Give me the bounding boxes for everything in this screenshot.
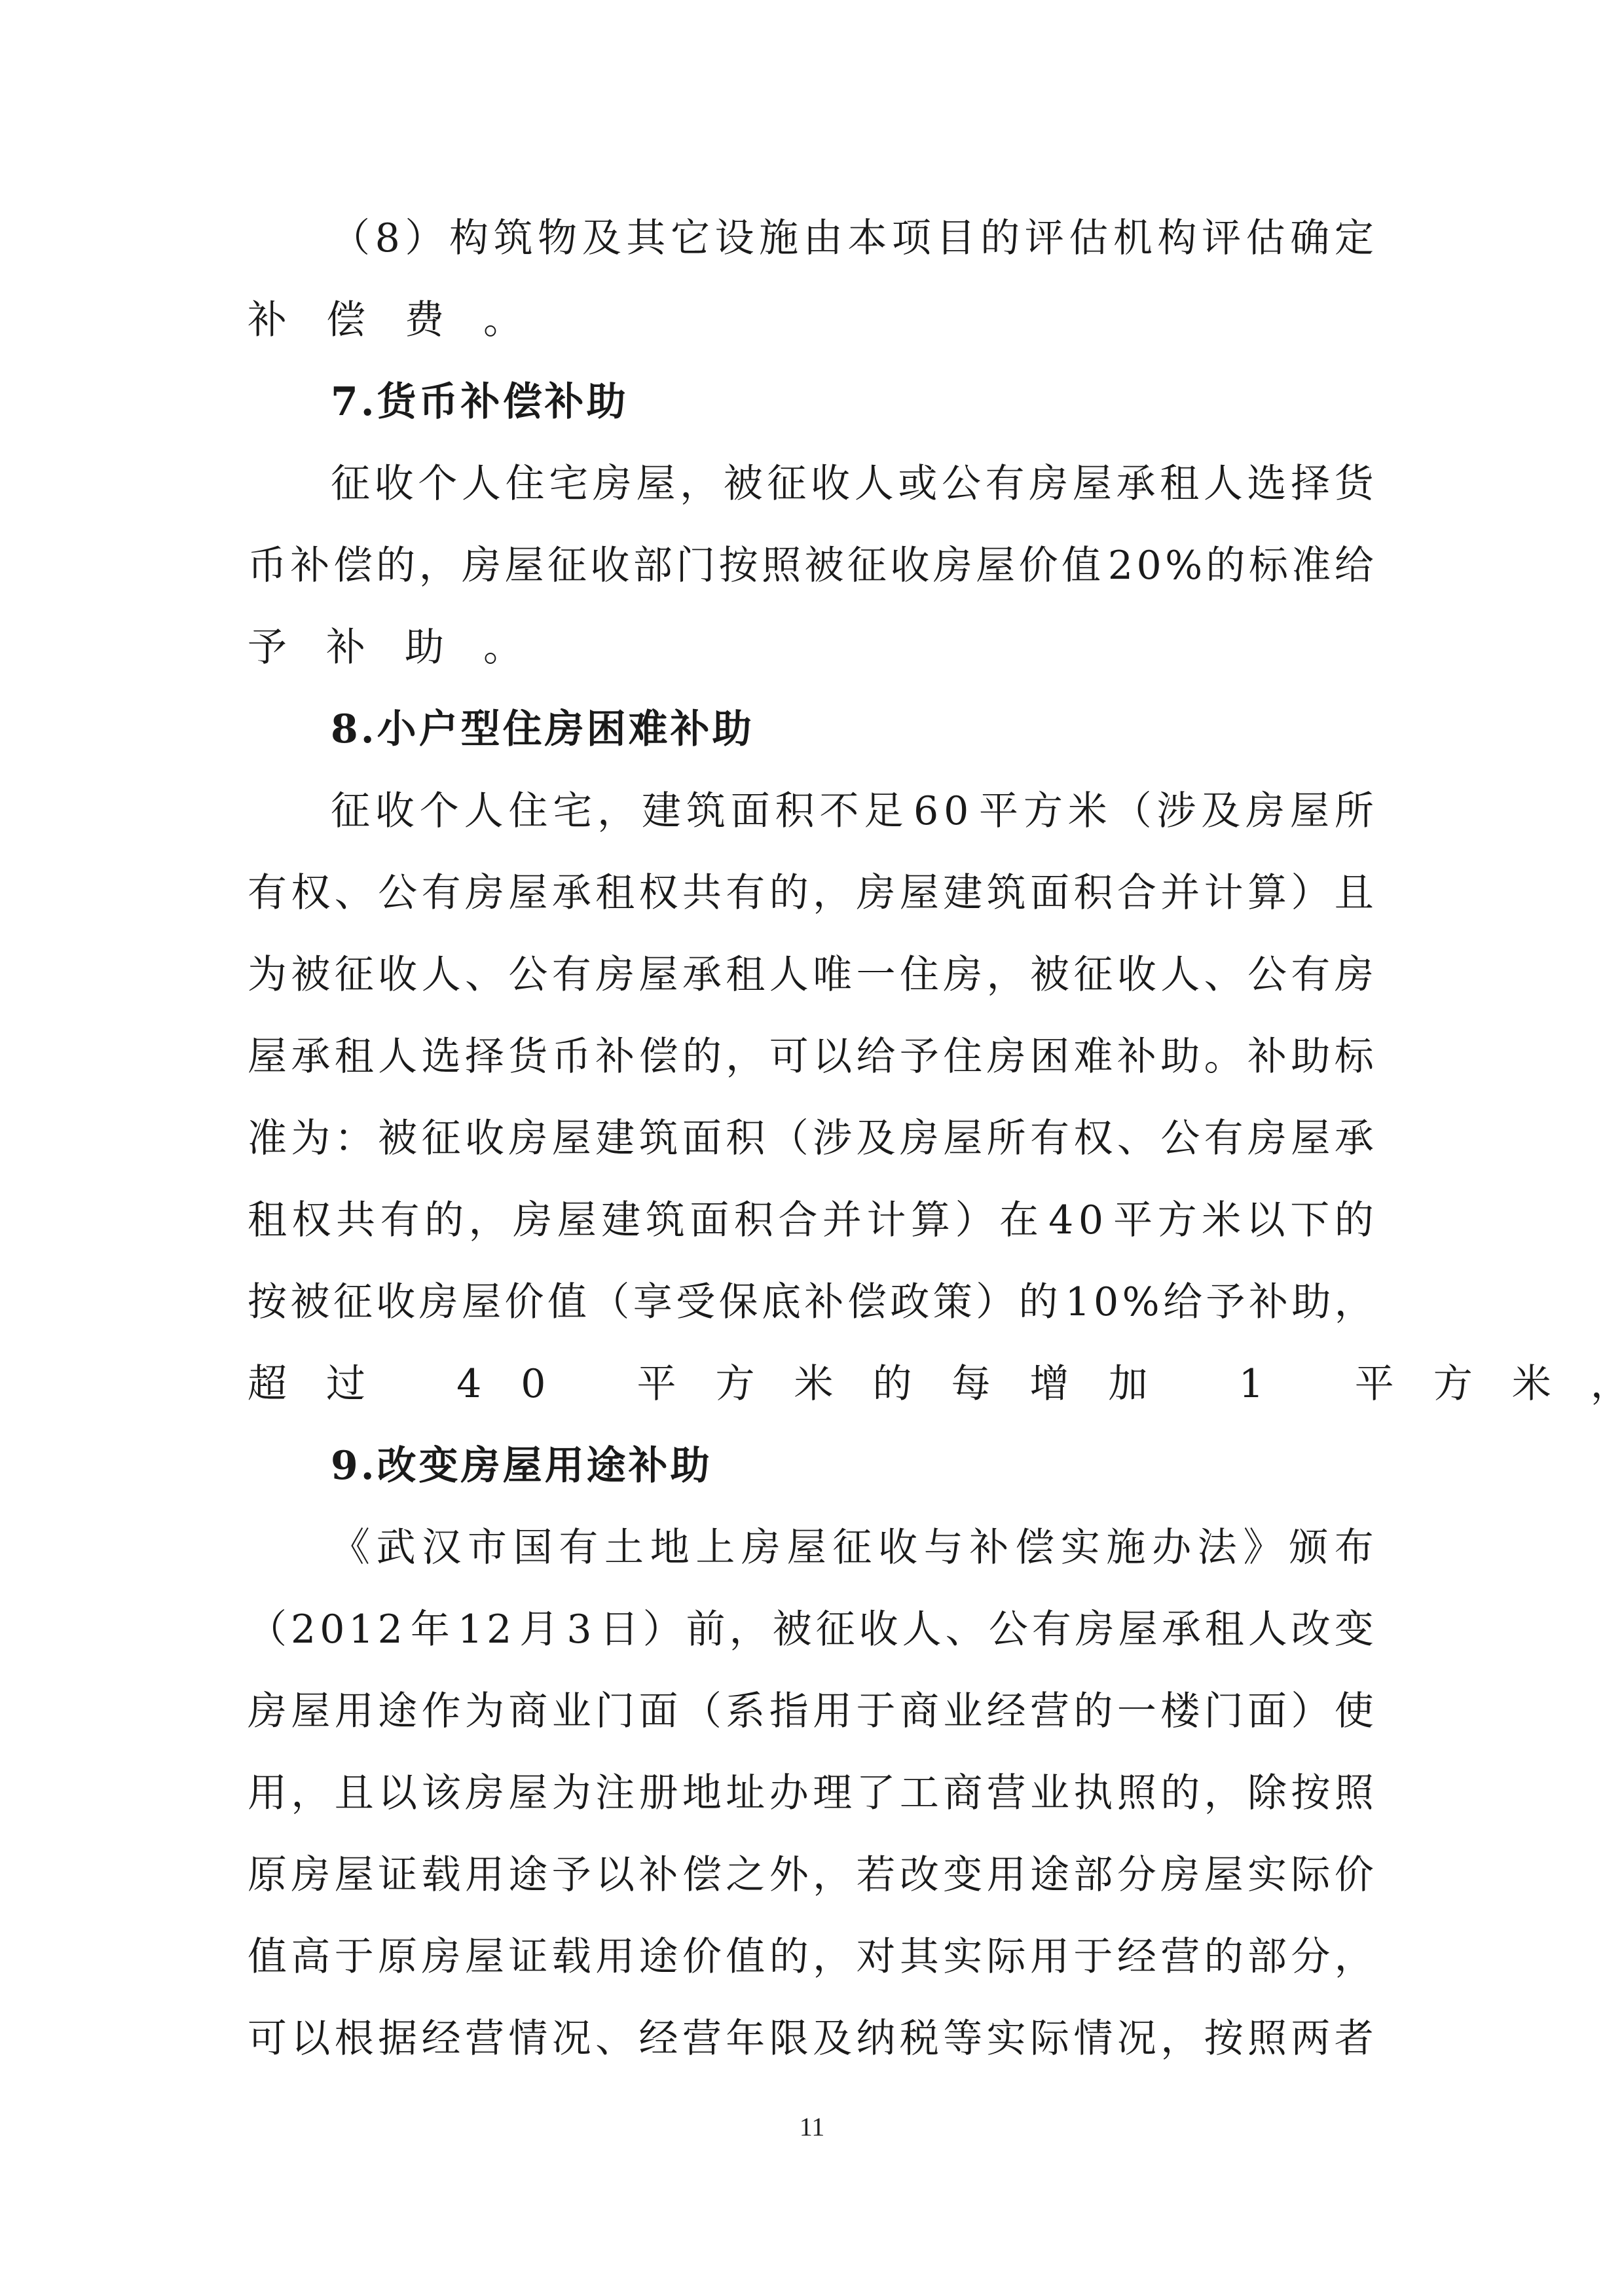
glyph: 用 <box>335 1671 374 1753</box>
glyph: 途 <box>378 1671 417 1753</box>
glyph: ） <box>405 198 444 280</box>
glyph: 公 <box>989 1589 1028 1671</box>
paragraph-line: 超过 40 平方米的每增加 1 平方米，补助标准降低 0.5%。 <box>248 1343 1374 1425</box>
glyph: 收 <box>375 771 415 852</box>
glyph: 建 <box>595 1098 635 1180</box>
glyph: 估 <box>1069 198 1108 280</box>
glyph: 币 <box>552 1016 591 1098</box>
document-page: （8）构筑物及其它设施由本项目的评估机构评估确定 补偿费。 7.货币补偿补助 征… <box>0 0 1624 2296</box>
glyph: 的 <box>1073 1671 1113 1753</box>
glyph: 算 <box>1247 852 1287 934</box>
glyph: 住 <box>508 771 547 852</box>
glyph: 策 <box>933 1262 972 1343</box>
glyph: 人 <box>1248 1589 1287 1671</box>
glyph: 补 <box>969 1507 1008 1589</box>
glyph: ， <box>726 1016 765 1098</box>
glyph: 证 <box>508 1916 547 1998</box>
glyph: 营 <box>1160 1916 1200 1998</box>
glyph: 征 <box>847 525 887 607</box>
glyph: 构 <box>1157 198 1196 280</box>
glyph: 6 <box>913 771 938 852</box>
glyph: 面 <box>639 1671 678 1753</box>
glyph: 实 <box>1061 1507 1100 1589</box>
glyph: 房 <box>1247 1098 1287 1180</box>
glyph: ） <box>1291 852 1330 934</box>
glyph: 被 <box>773 1589 812 1671</box>
glyph: 不 <box>819 771 858 852</box>
glyph: 租 <box>335 1016 374 1098</box>
glyph: 人 <box>769 934 809 1016</box>
glyph: 价 <box>682 1916 722 1998</box>
glyph: 筑 <box>987 852 1026 934</box>
glyph: 补 <box>804 1262 843 1343</box>
glyph: 房 <box>900 1098 939 1180</box>
glyph: 宅 <box>553 771 592 852</box>
glyph: 于 <box>335 1916 374 1998</box>
glyph: 屋 <box>508 1753 547 1834</box>
glyph: 载 <box>422 1834 461 1916</box>
glyph: 的 <box>424 1180 464 1262</box>
glyph: 补 <box>1117 1016 1156 1098</box>
glyph: 人 <box>378 1016 417 1098</box>
glyph: 计 <box>1204 852 1244 934</box>
glyph: 面 <box>682 1098 722 1180</box>
glyph: 定 <box>1335 198 1374 280</box>
glyph: 米 <box>1202 1180 1241 1262</box>
glyph: 2 <box>291 1589 316 1671</box>
glyph: 人 <box>462 443 501 525</box>
glyph: 屋 <box>787 1507 826 1589</box>
glyph: 变 <box>1335 1589 1374 1671</box>
glyph: 的 <box>980 198 1020 280</box>
glyph: 屋 <box>335 1834 374 1916</box>
glyph: 给 <box>856 1016 895 1098</box>
glyph: 公 <box>1247 934 1287 1016</box>
glyph: 3 <box>566 1589 591 1671</box>
glyph: 有 <box>380 1180 420 1262</box>
glyph: 予 <box>552 1834 591 1916</box>
glyph: 的 <box>1160 1753 1200 1834</box>
glyph: 住 <box>900 934 939 1016</box>
glyph: 以 <box>291 1998 330 2080</box>
glyph: 面 <box>690 1180 729 1262</box>
glyph: 地 <box>682 1753 722 1834</box>
glyph: 使 <box>1335 1671 1374 1753</box>
glyph: ， <box>987 934 1026 1016</box>
glyph: 其 <box>626 198 665 280</box>
glyph: 确 <box>1290 198 1329 280</box>
section-heading-9: 9.改变房屋用途补助 <box>331 1425 1374 1507</box>
glyph: 的 <box>769 852 809 934</box>
glyph: 筑 <box>494 198 533 280</box>
glyph: 或 <box>898 443 937 525</box>
glyph: 实 <box>943 1916 982 1998</box>
glyph: 年 <box>726 1998 765 2080</box>
glyph: ） <box>643 1589 682 1671</box>
glyph: 筑 <box>646 1180 685 1262</box>
glyph: 按 <box>1291 1753 1330 1834</box>
glyph: ， <box>1204 1753 1244 1834</box>
glyph: 税 <box>900 1998 939 2080</box>
glyph: 业 <box>1030 1753 1069 1834</box>
glyph: 被 <box>291 934 330 1016</box>
glyph: 下 <box>1290 1180 1329 1262</box>
glyph: 且 <box>335 1753 374 1834</box>
glyph: 择 <box>1291 443 1330 525</box>
glyph: 算 <box>911 1180 950 1262</box>
glyph: 该 <box>422 1753 461 1834</box>
glyph: 办 <box>769 1753 809 1834</box>
glyph: 门 <box>1204 1671 1244 1753</box>
glyph: 补 <box>1249 1262 1288 1343</box>
glyph: 人 <box>464 771 504 852</box>
glyph: 涉 <box>1156 771 1196 852</box>
glyph: 的 <box>769 1916 809 1998</box>
glyph: 建 <box>642 771 681 852</box>
glyph: 房 <box>422 1916 461 1998</box>
glyph: 并 <box>1160 852 1200 934</box>
glyph: 其 <box>900 1916 939 1998</box>
glyph: 计 <box>866 1180 906 1262</box>
glyph: 建 <box>601 1180 640 1262</box>
glyph: 屋 <box>248 1016 287 1098</box>
paragraph-line: 房屋用途作为商业门面（系指用于商业经营的一楼门面）使 <box>248 1671 1374 1753</box>
glyph: 权 <box>639 852 678 934</box>
glyph: 值 <box>547 1262 587 1343</box>
glyph: ） <box>1291 1671 1330 1753</box>
glyph: 于 <box>1073 1916 1113 1998</box>
glyph: 实 <box>1247 1834 1287 1916</box>
glyph: 用 <box>1030 1916 1069 1998</box>
glyph: 之 <box>726 1834 765 1916</box>
glyph: 予 <box>900 1016 939 1098</box>
glyph: ， <box>813 1834 852 1916</box>
glyph: 国 <box>513 1507 553 1589</box>
glyph: 面 <box>1247 1671 1287 1753</box>
glyph: % <box>1122 1262 1160 1343</box>
glyph: 值 <box>1061 525 1101 607</box>
glyph: 共 <box>336 1180 375 1262</box>
glyph: 有 <box>1291 934 1330 1016</box>
glyph: 了 <box>856 1753 895 1834</box>
glyph: 所 <box>1335 771 1374 852</box>
glyph: 征 <box>333 1262 373 1343</box>
glyph: 0 <box>320 1589 344 1671</box>
glyph: 公 <box>942 443 981 525</box>
glyph: 房 <box>462 525 501 607</box>
glyph: 业 <box>552 1671 591 1753</box>
glyph: 部 <box>1073 1834 1113 1916</box>
glyph: 足 <box>864 771 903 852</box>
glyph: 情 <box>1073 1998 1113 2080</box>
glyph: 屋 <box>462 1262 501 1343</box>
glyph: 变 <box>943 1834 982 1916</box>
glyph: 房 <box>933 525 972 607</box>
glyph: 租 <box>248 1180 287 1262</box>
glyph: 屋 <box>1204 1834 1244 1916</box>
glyph: （ <box>590 1262 629 1343</box>
glyph: 房 <box>419 1262 458 1343</box>
glyph: 、 <box>335 852 374 934</box>
glyph: 房 <box>1246 771 1285 852</box>
section-heading-7: 7.货币补偿补助 <box>331 361 1374 443</box>
glyph: 共 <box>682 852 722 934</box>
glyph: 屋 <box>1291 1098 1330 1180</box>
glyph: 营 <box>682 1998 722 2080</box>
glyph: ） <box>976 1262 1015 1343</box>
glyph: 商 <box>508 1671 547 1753</box>
glyph: 施 <box>759 198 798 280</box>
paragraph-line: 征收个人住宅，建筑面积不足 60 平方米（涉及房屋所 <box>331 771 1374 852</box>
glyph: 汉 <box>422 1507 461 1589</box>
glyph: 以 <box>813 1016 852 1098</box>
glyph: 价 <box>1019 525 1058 607</box>
glyph: 作 <box>422 1671 461 1753</box>
glyph: 屋 <box>900 852 939 934</box>
glyph: 准 <box>248 1098 287 1180</box>
glyph: 的 <box>376 525 415 607</box>
glyph: 实 <box>987 1998 1026 2080</box>
glyph: 屋 <box>552 1098 591 1180</box>
glyph: 所 <box>987 1098 1026 1180</box>
glyph: 享 <box>633 1262 673 1343</box>
glyph: 权 <box>292 1180 331 1262</box>
glyph: 0 <box>1094 1262 1118 1343</box>
glyph: 照 <box>1247 1998 1287 2080</box>
glyph: 工 <box>900 1753 939 1834</box>
glyph: 房 <box>741 1507 781 1589</box>
glyph: 1 <box>1065 1262 1090 1343</box>
glyph: 筑 <box>639 1098 678 1180</box>
glyph: 机 <box>1113 198 1153 280</box>
paragraph-line-item-8: （8）构筑物及其它设施由本项目的评估机构评估确定 <box>331 198 1374 280</box>
glyph: 以 <box>378 1753 417 1834</box>
glyph: 本 <box>847 198 887 280</box>
glyph: ， <box>1160 1998 1200 2080</box>
glyph: 据 <box>378 1998 417 2080</box>
glyph: 承 <box>291 1016 330 1098</box>
glyph: 有 <box>1032 1589 1071 1671</box>
glyph: 偿 <box>1015 1507 1054 1589</box>
glyph: 载 <box>552 1916 591 1998</box>
glyph: 被 <box>290 1262 329 1343</box>
glyph: 一 <box>1117 1671 1156 1753</box>
glyph: 系 <box>726 1671 765 1753</box>
glyph: 公 <box>508 934 547 1016</box>
glyph: 0 <box>944 771 969 852</box>
glyph: 补 <box>290 525 329 607</box>
glyph: 有 <box>422 852 461 934</box>
glyph: 屋 <box>291 1671 330 1753</box>
glyph: 武 <box>377 1507 416 1589</box>
glyph: 征 <box>832 1507 872 1589</box>
glyph: 外 <box>769 1834 809 1916</box>
glyph: 被 <box>378 1098 417 1180</box>
glyph: 房 <box>943 934 982 1016</box>
glyph: 经 <box>987 1671 1026 1753</box>
glyph: 营 <box>987 1753 1026 1834</box>
glyph: 册 <box>639 1753 678 1834</box>
glyph: 门 <box>595 1671 635 1753</box>
glyph: 征 <box>331 443 370 525</box>
glyph: ， <box>729 1589 769 1671</box>
glyph: 收 <box>1117 934 1156 1016</box>
glyph: 2 <box>1108 525 1133 607</box>
paragraph-line: （2012 年 12 月 3 日）前，被征收人、公有房屋承租人改变 <box>248 1589 1374 1671</box>
glyph: 个 <box>420 771 459 852</box>
glyph: 选 <box>1247 443 1286 525</box>
glyph: 办 <box>1152 1507 1191 1589</box>
glyph: 给 <box>1163 1262 1202 1343</box>
glyph: 构 <box>449 198 489 280</box>
glyph: 征 <box>422 1098 461 1180</box>
glyph: 屋 <box>505 525 544 607</box>
glyph: 及 <box>582 198 621 280</box>
glyph: 为 <box>291 1098 330 1180</box>
glyph: 公 <box>1160 1098 1200 1180</box>
glyph: 目 <box>936 198 976 280</box>
glyph: 者 <box>1335 1998 1374 2080</box>
glyph: 除 <box>1247 1753 1287 1834</box>
glyph: 收 <box>811 443 850 525</box>
glyph: 平 <box>1113 1180 1153 1262</box>
glyph: 部 <box>1247 1916 1287 1998</box>
paragraph-line: 租权共有的，房屋建筑面积合并计算）在 40 平方米以下的 <box>248 1180 1374 1262</box>
glyph: 保 <box>719 1262 758 1343</box>
glyph: ， <box>1335 1262 1374 1343</box>
glyph: 营 <box>465 1998 504 2080</box>
glyph: 承 <box>1116 443 1156 525</box>
glyph: 及 <box>856 1098 895 1180</box>
glyph: 房 <box>1075 1589 1115 1671</box>
glyph: 它 <box>671 198 710 280</box>
glyph: 屋 <box>1290 771 1329 852</box>
glyph: 住 <box>506 443 545 525</box>
glyph: 及 <box>813 1998 852 2080</box>
glyph: 评 <box>1202 198 1241 280</box>
glyph: ， <box>813 852 852 934</box>
glyph: 屋 <box>508 852 547 934</box>
glyph: 商 <box>943 1753 982 1834</box>
glyph: 租 <box>1205 1589 1244 1671</box>
glyph: ） <box>955 1180 995 1262</box>
glyph: 2 <box>378 1589 403 1671</box>
glyph: 有 <box>559 1507 598 1589</box>
glyph: 纳 <box>856 1998 895 2080</box>
glyph: 权 <box>291 852 330 934</box>
glyph: 住 <box>943 1016 982 1098</box>
glyph: 人 <box>855 443 894 525</box>
glyph: 受 <box>676 1262 715 1343</box>
glyph: 有 <box>986 443 1025 525</box>
glyph: 门 <box>676 525 715 607</box>
glyph: 价 <box>1335 1834 1374 1916</box>
glyph: 房 <box>465 852 504 934</box>
glyph: 货 <box>1335 443 1374 525</box>
glyph: 业 <box>943 1671 982 1753</box>
glyph: 日 <box>600 1589 639 1671</box>
paragraph-line: 准为：被征收房屋建筑面积（涉及房屋所有权、公有房屋承 <box>248 1098 1374 1180</box>
glyph: 对 <box>856 1916 895 1998</box>
glyph: 2 <box>487 1589 511 1671</box>
glyph: 承 <box>552 852 591 934</box>
glyph: 予 <box>1206 1262 1246 1343</box>
glyph: 屋 <box>557 1180 597 1262</box>
glyph: ， <box>419 525 458 607</box>
glyph: 收 <box>590 525 629 607</box>
glyph: 房 <box>291 1834 330 1916</box>
glyph: （ <box>682 1671 722 1753</box>
glyph: 人 <box>422 934 461 1016</box>
glyph: 米 <box>1068 771 1107 852</box>
glyph: 涉 <box>813 1098 852 1180</box>
glyph: 人 <box>1204 443 1243 525</box>
glyph: 为 <box>465 1671 504 1753</box>
glyph: 评 <box>1025 198 1064 280</box>
glyph: 按 <box>248 1262 287 1343</box>
glyph: 政 <box>890 1262 929 1343</box>
glyph: 面 <box>731 771 770 852</box>
glyph: 上 <box>695 1507 735 1589</box>
glyph: 屋 <box>636 443 675 525</box>
glyph: 况 <box>1117 1998 1156 2080</box>
glyph: 屋 <box>465 1916 504 1998</box>
glyph: 人 <box>902 1589 942 1671</box>
glyph: 公 <box>378 852 417 934</box>
glyph: 值 <box>248 1916 287 1998</box>
glyph: 商 <box>900 1671 939 1753</box>
glyph: 权 <box>1073 1098 1113 1180</box>
glyph: 宅 <box>549 443 588 525</box>
glyph: 有 <box>248 852 287 934</box>
glyph: 指 <box>769 1671 809 1753</box>
glyph: 在 <box>999 1180 1039 1262</box>
glyph: 颁 <box>1289 1507 1328 1589</box>
glyph: 执 <box>1073 1753 1113 1834</box>
paragraph-line: 征收个人住宅房屋，被征收人或公有房屋承租人选择货 <box>331 443 1374 525</box>
glyph: 法 <box>1198 1507 1237 1589</box>
glyph: （ <box>769 1098 809 1180</box>
glyph: 照 <box>1335 1753 1374 1834</box>
glyph: 为 <box>248 934 287 1016</box>
paragraph-line: 补偿费。 <box>248 280 1374 361</box>
glyph: 证 <box>378 1834 417 1916</box>
paragraph-line: 屋承租人选择货币补偿的，可以给予住房困难补助。补助标 <box>248 1016 1374 1098</box>
glyph: 注 <box>595 1753 635 1834</box>
glyph: 租 <box>1160 443 1199 525</box>
glyph: 营 <box>1030 1671 1069 1753</box>
glyph: 并 <box>822 1180 862 1262</box>
glyph: 房 <box>987 1016 1026 1098</box>
glyph: 的 <box>1019 1262 1058 1343</box>
glyph: 底 <box>762 1262 801 1343</box>
glyph: 的 <box>1206 525 1246 607</box>
glyph: 征 <box>816 1589 855 1671</box>
glyph: 施 <box>1106 1507 1145 1589</box>
glyph: 有 <box>726 852 765 934</box>
glyph: 补 <box>1247 1016 1287 1098</box>
glyph: 房 <box>1029 443 1068 525</box>
glyph: 由 <box>803 198 843 280</box>
glyph: 0 <box>1136 525 1161 607</box>
glyph: 根 <box>335 1998 374 2080</box>
glyph: 用 <box>595 1916 635 1998</box>
glyph: 收 <box>890 525 929 607</box>
glyph: 途 <box>639 1916 678 1998</box>
glyph: 分 <box>1117 1834 1156 1916</box>
glyph: % <box>1165 525 1202 607</box>
glyph: 征 <box>767 443 806 525</box>
